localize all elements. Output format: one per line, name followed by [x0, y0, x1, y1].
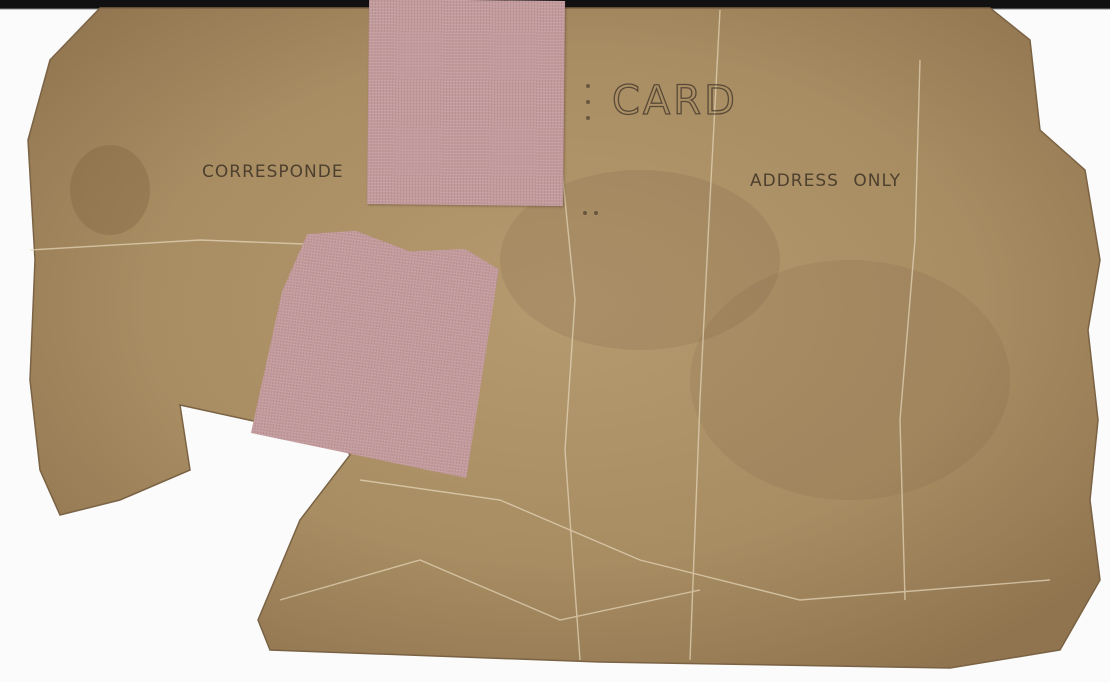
postcard: CARD CORRESPONDE ADDRESS ONLY	[0, 0, 1110, 682]
postcard-heading: CARD	[612, 78, 738, 124]
fabric-patch-top	[367, 0, 565, 206]
address-only-label: ADDRESS ONLY	[750, 171, 901, 191]
correspondence-label: CORRESPONDE	[202, 162, 344, 182]
